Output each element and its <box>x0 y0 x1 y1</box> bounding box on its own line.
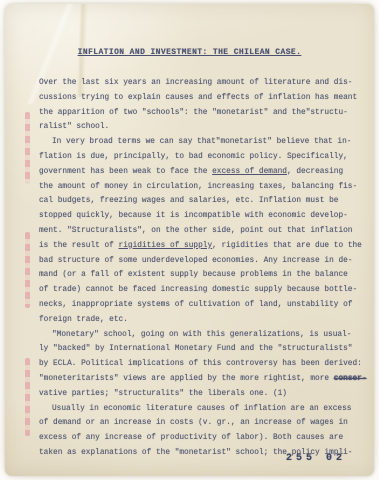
text-segment: Usually in economic literature causes of… <box>52 405 351 413</box>
text-segment: the amount of money in circulation, incr… <box>39 183 357 191</box>
text-segment: , decreasing <box>287 168 343 176</box>
text-line: "Monetary" school, going on with this ge… <box>39 328 361 343</box>
left-margin-pink-mark <box>25 112 30 184</box>
text-line: ralist" school. <box>39 120 361 135</box>
text-segment: necks, inappropriate systems of cultivat… <box>39 301 353 309</box>
text-line: Usually in economic literature causes of… <box>39 402 361 417</box>
text-line: cal budgets, freezing wages and salaries… <box>39 194 361 209</box>
text-line: ly "backed" by International Monetary Fu… <box>39 342 361 357</box>
text-segment: by ECLA. Political implications of this … <box>39 360 362 368</box>
text-line: the amount of money in circulation, incr… <box>39 180 361 195</box>
text-segment: government has been weak to face the <box>39 168 212 176</box>
paragraph: "Monetary" school, going on with this ge… <box>39 328 361 402</box>
paragraph: In very broad terms we can say that"mone… <box>39 135 361 327</box>
left-margin-pink-mark <box>25 358 30 436</box>
text-segment: vative parties; "structuralits" the libe… <box>39 390 287 398</box>
text-line: vative parties; "structuralits" the libe… <box>39 387 361 402</box>
text-line: mand (or a fall of existent supply becau… <box>39 268 361 283</box>
overstruck-text: conser- <box>334 375 367 383</box>
text-segment: ment. "Structuralists", on the other sid… <box>39 227 353 235</box>
text-line: is the result of rigidities of supply, r… <box>39 239 361 254</box>
text-segment: "Monetary" school, going on with this ge… <box>52 331 351 339</box>
text-segment: In very broad terms we can say that"mone… <box>52 138 351 146</box>
text-segment: ralist" school. <box>39 123 109 131</box>
scanned-page-frame: INFLATION AND INVESTMENT: THE CHILEAN CA… <box>0 0 379 480</box>
text-line: necks, inappropriate systems of cultivat… <box>39 298 361 313</box>
document-body: Over the last six years an increasing am… <box>39 76 361 461</box>
text-line: excess of any increase of productivity o… <box>39 431 361 446</box>
text-line: Over the last six years an increasing am… <box>39 76 361 91</box>
text-line: foreign trade, etc. <box>39 313 361 328</box>
text-line: bad structure of some underdeveloped eco… <box>39 254 361 269</box>
page-number-stamp: 255 02 <box>286 453 346 464</box>
text-line: ment. "Structuralists", on the other sid… <box>39 224 361 239</box>
text-segment: is the result of <box>39 242 119 250</box>
document-title: INFLATION AND INVESTMENT: THE CHILEAN CA… <box>5 48 374 57</box>
text-segment: flation is due, principally, to bad econ… <box>39 153 348 161</box>
text-segment: "moneteritarists" views are applied by t… <box>39 375 334 383</box>
text-segment: the apparition of two "schools": the "mo… <box>39 109 348 117</box>
text-segment: excess of any increase of productivity o… <box>39 434 343 442</box>
text-line: flation is due, principally, to bad econ… <box>39 150 361 165</box>
text-segment: bad structure of some underdeveloped eco… <box>39 257 353 265</box>
text-line: cussions trying to explain causes and ef… <box>39 91 361 106</box>
text-line: the apparition of two "schools": the "mo… <box>39 106 361 121</box>
text-line: In very broad terms we can say that"mone… <box>39 135 361 150</box>
paragraph: Usually in economic literature causes of… <box>39 402 361 461</box>
text-segment: stopped quickly, because it is incompati… <box>39 212 348 220</box>
text-line: by ECLA. Political implications of this … <box>39 357 361 372</box>
text-line: of trade) cannot be faced increasing dom… <box>39 283 361 298</box>
left-margin-pink-mark <box>25 232 30 308</box>
underlined-text: rigidities of supply <box>119 242 213 250</box>
text-segment: of demand or an increase in costs (v. gr… <box>39 419 348 427</box>
text-line: of demand or an increase in costs (v. gr… <box>39 416 361 431</box>
text-line: stopped quickly, because it is incompati… <box>39 209 361 224</box>
text-segment: cussions trying to explain causes and ef… <box>39 94 357 102</box>
paragraph: Over the last six years an increasing am… <box>39 76 361 135</box>
text-line: government has been weak to face the exc… <box>39 165 361 180</box>
text-segment: Over the last six years an increasing am… <box>39 79 353 87</box>
text-segment: mand (or a fall of existent supply becau… <box>39 271 348 279</box>
text-line: "moneteritarists" views are applied by t… <box>39 372 361 387</box>
text-segment: , rigidities that are due to the <box>212 242 362 250</box>
text-segment: ly "backed" by International Monetary Fu… <box>39 345 353 353</box>
typewritten-paper: INFLATION AND INVESTMENT: THE CHILEAN CA… <box>5 4 374 476</box>
text-segment: of trade) cannot be faced increasing dom… <box>39 286 357 294</box>
underlined-text: excess of demand <box>212 168 287 176</box>
text-segment: cal budgets, freezing wages and salaries… <box>39 197 338 205</box>
text-segment: foreign trade, etc. <box>39 316 128 324</box>
